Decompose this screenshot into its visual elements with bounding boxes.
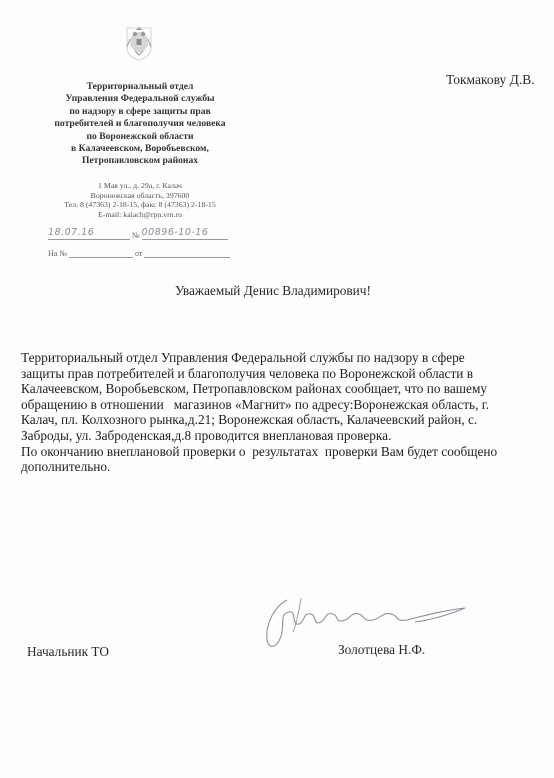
organization-address: 1 Мая ул., д. 29а, г. Калач Воронежская …	[40, 181, 240, 219]
body-line: Заброды, ул. Заброденская,д.8 проводится…	[21, 428, 541, 444]
russian-coat-of-arms-icon	[124, 25, 154, 61]
org-line: по Воронежской области	[40, 131, 240, 143]
reply-to-field	[69, 245, 133, 258]
org-line: в Калачеевском, Воробьевском,	[40, 143, 240, 155]
body-line: По окончанию внеплановой проверки о резу…	[21, 444, 541, 460]
reply-reference-line: На № от	[48, 245, 238, 259]
signatory-name: Золотцева Н.Ф.	[338, 642, 425, 658]
address-line: 1 Мая ул., д. 29а, г. Калач	[40, 181, 240, 191]
reply-from-field	[144, 245, 230, 258]
org-line: потребителей и благополучия человека	[40, 118, 240, 130]
reply-to-label: На №	[48, 249, 67, 258]
body-line: защиты прав потребителей и благополучия …	[21, 366, 541, 382]
organization-name: Территориальный отдел Управления Федерал…	[40, 81, 240, 168]
body-line: обращению в отношении магазинов «Магнит»…	[21, 397, 541, 413]
registration-line: 18.07.16 № 00896-10-16	[48, 227, 238, 241]
org-line: по надзору в сфере защиты прав	[40, 106, 240, 118]
letter-body: Территориальный отдел Управления Федерал…	[21, 350, 541, 475]
number-label: №	[132, 231, 140, 240]
org-line: Территориальный отдел	[40, 81, 240, 93]
reply-from-label: от	[135, 249, 142, 258]
body-line: Калачеевском, Воробьевском, Петропавловс…	[21, 381, 541, 397]
signatory-title: Начальник ТО	[27, 644, 109, 660]
address-line: E-mail: kalach@rpn.vrn.ru	[40, 210, 240, 220]
org-line: Управления Федеральной службы	[40, 93, 240, 105]
registration-date: 18.07.16	[48, 227, 94, 238]
body-line: дополнительно.	[21, 459, 541, 475]
recipient: Токмакову Д.В.	[446, 72, 535, 88]
body-line: Калач, пл. Колхозного рынка,д.21; Вороне…	[21, 412, 541, 428]
address-line: Тел. 8 (47363) 2-18-15, факс 8 (47363) 2…	[40, 200, 240, 210]
body-line: Территориальный отдел Управления Федерал…	[21, 350, 541, 366]
registration-number-field: 00896-10-16	[142, 227, 228, 240]
address-line: Воронежская область, 397600	[40, 191, 240, 201]
greeting: Уважаемый Денис Владимирович!	[175, 283, 371, 299]
registration-date-field: 18.07.16	[48, 227, 130, 240]
org-line: Петропавловском районах	[40, 155, 240, 167]
registration-number: 00896-10-16	[142, 227, 209, 238]
